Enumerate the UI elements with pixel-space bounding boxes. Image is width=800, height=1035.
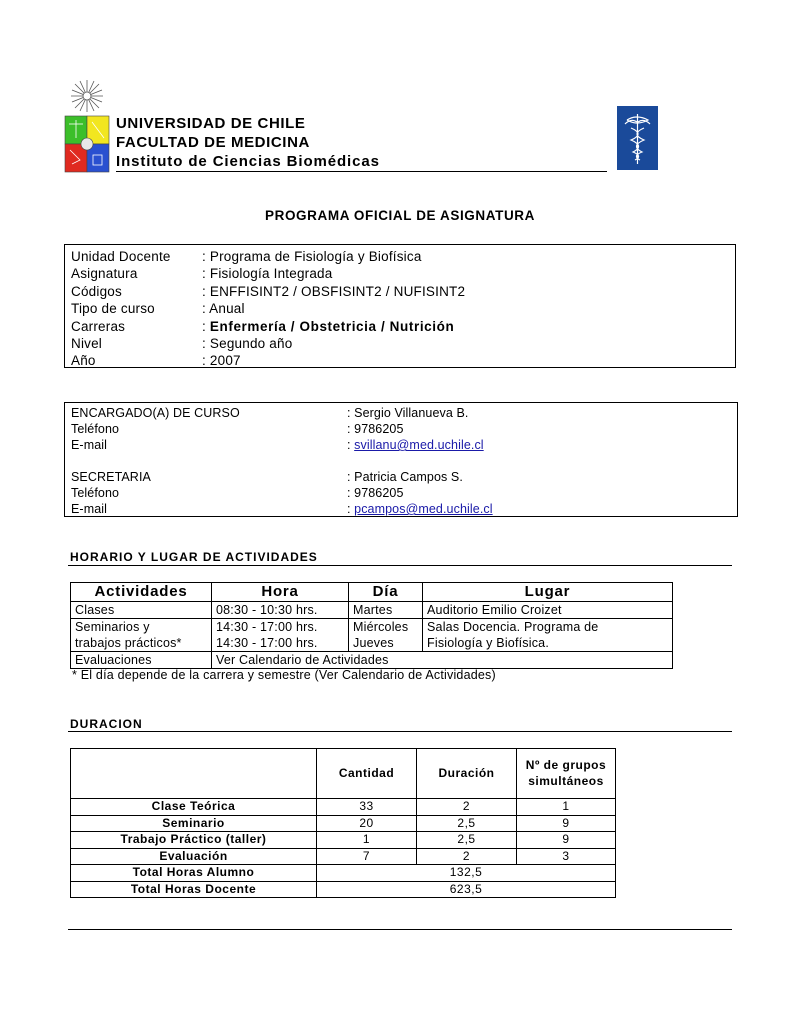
- contact-value: : Sergio Villanueva B.: [347, 405, 469, 421]
- info-label: Códigos: [71, 283, 201, 300]
- contact-value: : 9786205: [347, 421, 404, 437]
- contact-label: Teléfono: [71, 421, 341, 437]
- info-label: Tipo de curso: [71, 300, 201, 317]
- contact-value: : pcampos@med.uchile.cl: [347, 501, 493, 517]
- info-value: : Programa de Fisiología y Biofísica: [202, 248, 422, 265]
- info-value: : Anual: [202, 300, 245, 317]
- contact-label: SECRETARIA: [71, 469, 341, 485]
- table-row: Seminario202,59: [71, 815, 616, 832]
- schedule-heading: HORARIO Y LUGAR DE ACTIVIDADES: [70, 550, 318, 564]
- caduceus-icon: [617, 106, 658, 170]
- table-row: Seminarios ytrabajos prácticos* 14:30 - …: [71, 619, 673, 652]
- cell-label: Seminario: [71, 815, 317, 832]
- cell-grupos: 3: [517, 848, 616, 865]
- cell-cantidad: 33: [317, 799, 417, 816]
- col-dia: Día: [349, 583, 423, 602]
- info-value: : ENFFISINT2 / OBSFISINT2 / NUFISINT2: [202, 283, 465, 300]
- bottom-divider: [68, 929, 732, 930]
- schedule-heading-divider: [68, 565, 732, 566]
- cell-grupos: 9: [517, 832, 616, 849]
- cell-cantidad: 1: [317, 832, 417, 849]
- cell-duracion: 2: [417, 848, 517, 865]
- schedule-header-row: Actividades Hora Día Lugar: [71, 583, 673, 602]
- schedule-footnote: * El día depende de la carrera y semestr…: [72, 668, 496, 682]
- cell-actividad: Clases: [71, 602, 212, 619]
- cell-duracion: 2,5: [417, 832, 517, 849]
- faculty-name: FACULTAD DE MEDICINA: [116, 133, 380, 152]
- table-row: Trabajo Práctico (taller)12,59: [71, 832, 616, 849]
- table-row: Clase Teórica3321: [71, 799, 616, 816]
- cell-grupos: 9: [517, 815, 616, 832]
- col-grupos: Nº de grupos simultáneos: [517, 749, 616, 799]
- contact-label: E-mail: [71, 437, 341, 453]
- email-link[interactable]: pcampos@med.uchile.cl: [354, 502, 492, 516]
- cell-lugar: Auditorio Emilio Croizet: [423, 602, 673, 619]
- info-value: : Enfermería / Obstetricia / Nutrición: [202, 318, 454, 335]
- cell-actividad: Evaluaciones: [71, 652, 212, 669]
- info-label: Año: [71, 352, 201, 369]
- contact-value: : 9786205: [347, 485, 404, 501]
- info-label: Nivel: [71, 335, 201, 352]
- col-lugar: Lugar: [423, 583, 673, 602]
- col-actividades: Actividades: [71, 583, 212, 602]
- header-titles: UNIVERSIDAD DE CHILE FACULTAD DE MEDICIN…: [116, 114, 380, 171]
- info-value: : Segundo año: [202, 335, 292, 352]
- document-title: PROGRAMA OFICIAL DE ASIGNATURA: [0, 208, 800, 223]
- total-value: 623,5: [317, 881, 616, 898]
- table-row: Evaluaciones Ver Calendario de Actividad…: [71, 652, 673, 669]
- institute-name: Instituto de Ciencias Biomédicas: [116, 152, 380, 171]
- contact-value: : Patricia Campos S.: [347, 469, 463, 485]
- table-row: Evaluación723: [71, 848, 616, 865]
- info-value-bold: Enfermería / Obstetricia / Nutrición: [210, 319, 454, 334]
- info-value: : 2007: [202, 352, 241, 369]
- contact-value: : svillanu@med.uchile.cl: [347, 437, 484, 453]
- cell-duracion: 2,5: [417, 815, 517, 832]
- info-value-prefix: :: [202, 319, 210, 334]
- cell-label: Clase Teórica: [71, 799, 317, 816]
- university-name: UNIVERSIDAD DE CHILE: [116, 114, 380, 133]
- cell-lugar: Salas Docencia. Programa deFisiología y …: [423, 619, 673, 652]
- course-info-box: Unidad Docente: Programa de Fisiología y…: [64, 244, 736, 368]
- cell-cantidad: 20: [317, 815, 417, 832]
- total-label: Total Horas Docente: [71, 881, 317, 898]
- info-value: : Fisiología Integrada: [202, 265, 332, 282]
- col-empty: [71, 749, 317, 799]
- cell-label: Evaluación: [71, 848, 317, 865]
- col-hora: Hora: [212, 583, 349, 602]
- cell-actividad: Seminarios ytrabajos prácticos*: [71, 619, 212, 652]
- info-label: Carreras: [71, 318, 201, 335]
- cell-merged: Ver Calendario de Actividades: [212, 652, 673, 669]
- cell-dia: MiércolesJueves: [349, 619, 423, 652]
- info-label: Unidad Docente: [71, 248, 201, 265]
- contact-label: ENCARGADO(A) DE CURSO: [71, 405, 341, 421]
- contacts-box: ENCARGADO(A) DE CURSO: Sergio Villanueva…: [64, 402, 738, 517]
- total-label: Total Horas Alumno: [71, 865, 317, 882]
- total-row: Total Horas Alumno132,5: [71, 865, 616, 882]
- cell-hora: 08:30 - 10:30 hrs.: [212, 602, 349, 619]
- contact-label: E-mail: [71, 501, 341, 517]
- contact-label: Teléfono: [71, 485, 341, 501]
- total-row: Total Horas Docente623,5: [71, 881, 616, 898]
- duration-header-row: Cantidad Duración Nº de grupos simultáne…: [71, 749, 616, 799]
- header-divider: [116, 171, 607, 172]
- email-link[interactable]: svillanu@med.uchile.cl: [354, 438, 484, 452]
- cell-cantidad: 7: [317, 848, 417, 865]
- total-value: 132,5: [317, 865, 616, 882]
- col-cantidad: Cantidad: [317, 749, 417, 799]
- university-crest-icon: [64, 78, 110, 174]
- table-row: Clases 08:30 - 10:30 hrs. Martes Auditor…: [71, 602, 673, 619]
- duration-table: Cantidad Duración Nº de grupos simultáne…: [70, 748, 616, 898]
- cell-dia: Martes: [349, 602, 423, 619]
- info-label: Asignatura: [71, 265, 201, 282]
- cell-label: Trabajo Práctico (taller): [71, 832, 317, 849]
- col-duracion: Duración: [417, 749, 517, 799]
- duration-heading: DURACION: [70, 717, 143, 731]
- cell-grupos: 1: [517, 799, 616, 816]
- cell-duracion: 2: [417, 799, 517, 816]
- cell-hora: 14:30 - 17:00 hrs.14:30 - 17:00 hrs.: [212, 619, 349, 652]
- schedule-table: Actividades Hora Día Lugar Clases 08:30 …: [70, 582, 673, 669]
- duration-heading-divider: [68, 731, 732, 732]
